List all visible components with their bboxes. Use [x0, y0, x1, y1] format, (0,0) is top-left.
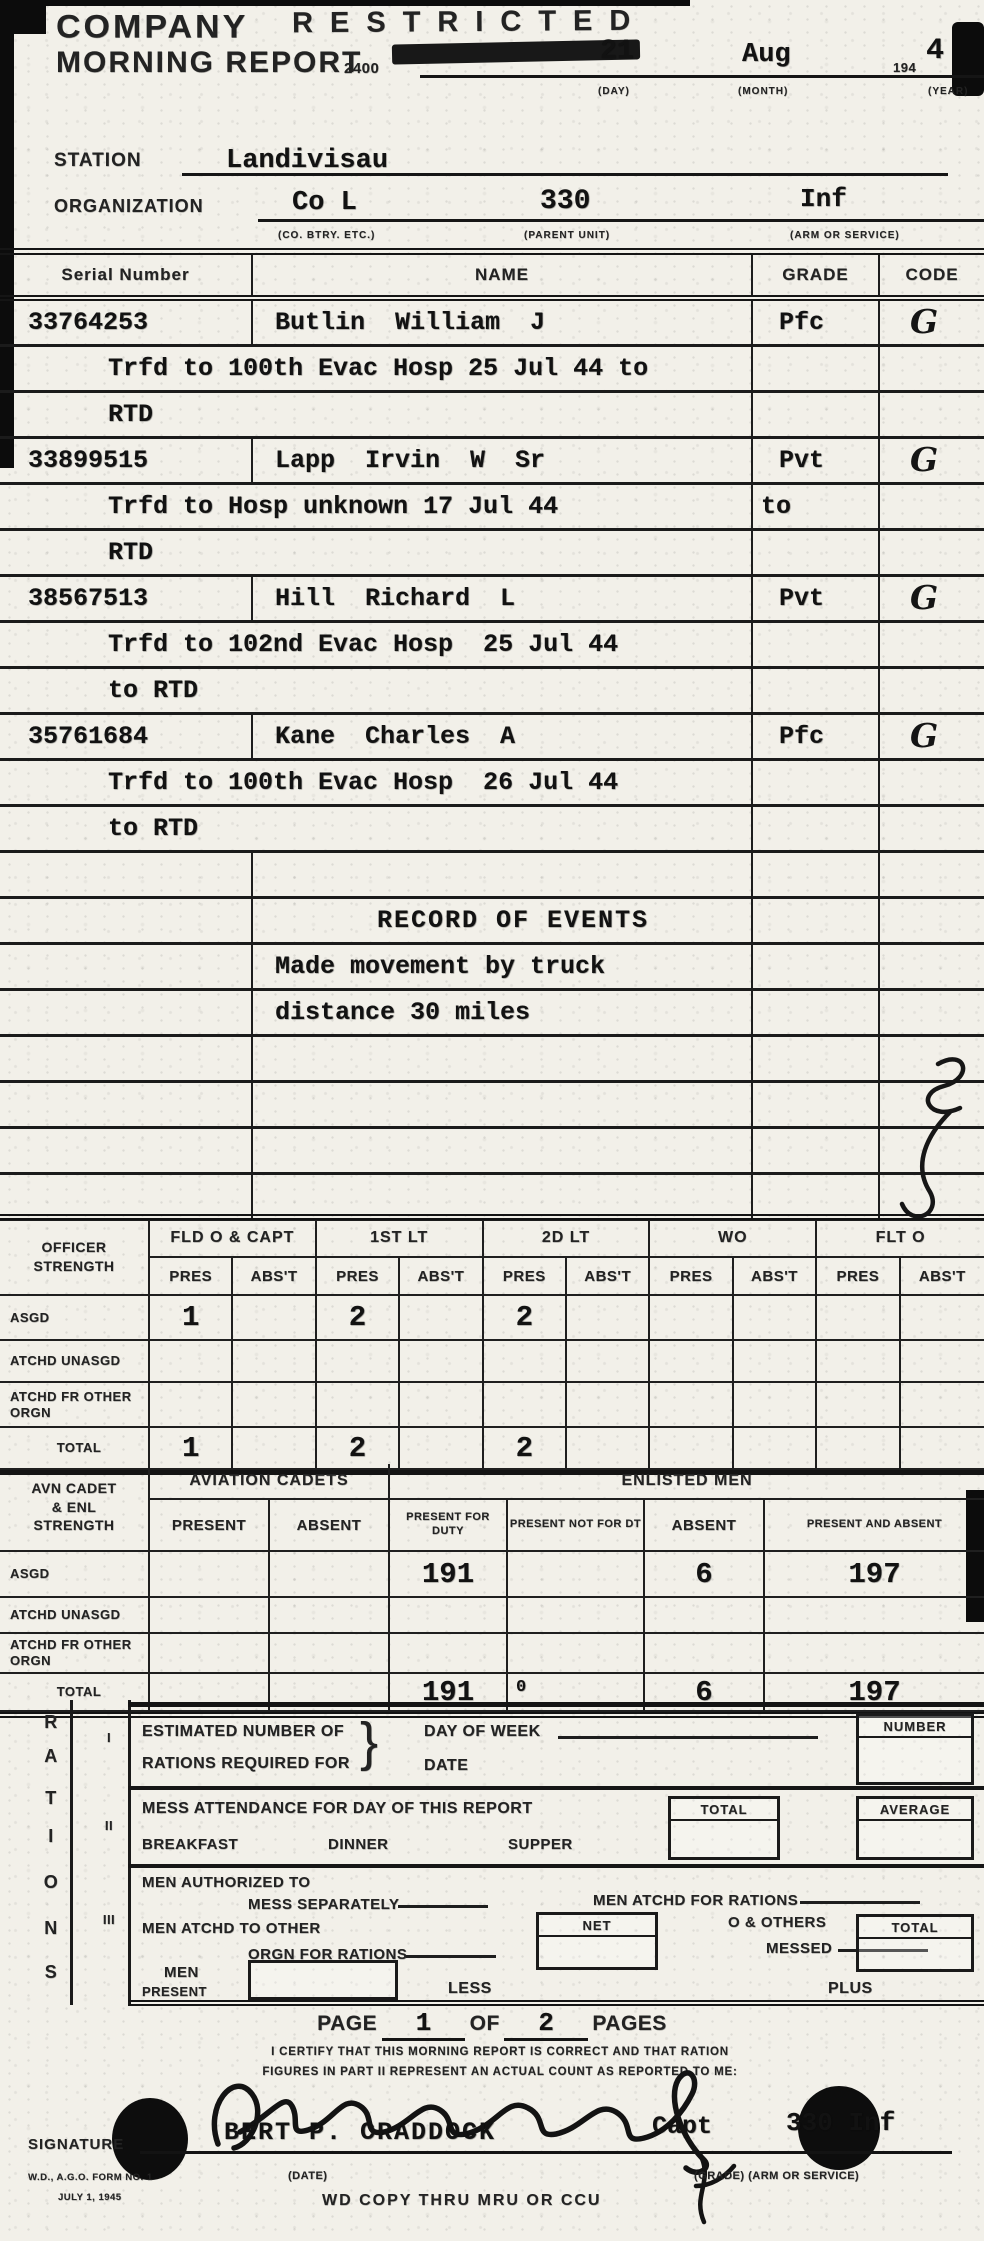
form-date: JULY 1, 1945: [58, 2192, 122, 2203]
group-flt-o: FLT O: [817, 1220, 984, 1258]
rations-letter: O: [38, 1872, 64, 1893]
officer-value: 2: [484, 1296, 567, 1341]
row-label-atchd-fr-other: ATCHD FR OTHER ORGN: [0, 1383, 150, 1428]
grade-cell: Pfc: [753, 301, 880, 344]
pres-header: PRES: [150, 1258, 233, 1296]
table-row: to RTD: [0, 669, 984, 715]
serial-number-header: Serial Number: [0, 255, 253, 295]
officer-value: [734, 1296, 817, 1341]
code-cell: [880, 393, 984, 436]
plus-label: PLUS: [828, 1980, 873, 1998]
enl-value: [270, 1552, 390, 1598]
table-row: 33764253 Butlin William J Pfc G: [0, 301, 984, 347]
code-cell: [880, 623, 984, 666]
rations-section-3: MEN AUTHORIZED TO MESS SEPARATELY MEN AT…: [128, 1868, 984, 2006]
officer-value: 2: [317, 1296, 400, 1341]
table-row: 38567513 Hill Richard L Pvt G: [0, 577, 984, 623]
breakfast-label: BREAKFAST: [142, 1836, 238, 1853]
day-of-week-label: DAY OF WEEK: [424, 1723, 541, 1741]
form-title-morning-report: MORNING REPORT: [56, 46, 362, 80]
col-present: PRESENT: [150, 1500, 270, 1552]
enl-value: [508, 1552, 645, 1598]
organization-company: Co L: [292, 188, 357, 218]
name-cell: Butlin William J: [253, 301, 753, 344]
enl-value: [150, 1598, 270, 1634]
pres-header: PRES: [484, 1258, 567, 1296]
abst-header: ABS'T: [567, 1258, 650, 1296]
code-cell: [880, 991, 984, 1034]
men-atchd-other-label: MEN ATCHD TO OTHER: [142, 1920, 321, 1937]
serial-cell: [0, 1083, 253, 1126]
men-atchd-blank: [800, 1886, 920, 1904]
code-cell: [880, 945, 984, 988]
col-present-not-for-dt: PRESENT NOT FOR DT: [508, 1500, 645, 1552]
table-row: Trfd to 100th Evac Hosp 26 Jul 44: [0, 761, 984, 807]
corner-line2: STRENGTH: [34, 1257, 115, 1276]
serial-cell: 35761684: [0, 715, 253, 758]
row-label-atchd-unasgd: ATCHD UNASGD: [0, 1341, 150, 1383]
code-cell: [880, 899, 984, 942]
enl-value: [508, 1634, 645, 1674]
table-row: distance 30 miles: [0, 991, 984, 1037]
present-label: PRESENT: [142, 1984, 207, 1999]
officer-value: [233, 1296, 316, 1341]
col-absent-enl: ABSENT: [645, 1500, 765, 1552]
mess-total-label: TOTAL: [671, 1799, 777, 1821]
rations-letter: T: [38, 1788, 64, 1809]
officer-value: [817, 1341, 900, 1383]
dinner-label: DINNER: [328, 1836, 389, 1853]
remark-cell: Trfd to Hosp unknown 17 Jul 44: [0, 485, 753, 528]
estimated-number-label: ESTIMATED NUMBER OF: [142, 1723, 344, 1741]
code-header: CODE: [880, 255, 984, 295]
morning-report-document: COMPANY MORNING REPORT RESTRICTED 2400 2…: [0, 0, 984, 2241]
restricted-stamp: RESTRICTED: [292, 5, 648, 40]
remark-cell: to RTD: [0, 669, 753, 712]
enl-value: [765, 1634, 984, 1674]
enl-value: [645, 1634, 765, 1674]
officer-value: [650, 1296, 733, 1341]
enl-value: 6: [645, 1552, 765, 1598]
officer-strength-corner: OFFICER STRENGTH: [0, 1220, 150, 1296]
mess-separately-label: MESS SEPARATELY: [248, 1896, 399, 1913]
brace-glyph: }: [360, 1711, 379, 1773]
corner-line1: OFFICER: [42, 1238, 107, 1257]
table-row: [0, 1083, 984, 1129]
officer-value: [317, 1341, 400, 1383]
table-row: [0, 1129, 984, 1175]
serial-cell: [0, 991, 253, 1034]
row-label-atchd-unasgd: ATCHD UNASGD: [0, 1598, 150, 1634]
name-cell: Hill Richard L: [253, 577, 753, 620]
code-cell: [880, 347, 984, 390]
pres-header: PRES: [317, 1258, 400, 1296]
rations-letter: I: [38, 1826, 64, 1847]
table-row: RECORD OF EVENTS: [0, 899, 984, 945]
officer-value: [901, 1296, 984, 1341]
grade-cell: [753, 853, 880, 896]
month-sublabel: (MONTH): [738, 86, 788, 97]
serial-cell: [0, 1037, 253, 1080]
code-cell: G: [880, 577, 984, 620]
rations-letter: R: [38, 1712, 64, 1733]
grade-cell: Pfc: [753, 715, 880, 758]
officer-value: [901, 1383, 984, 1428]
remark-cell: RTD: [0, 531, 753, 574]
enlisted-strength-table: AVN CADET & ENL STRENGTH AVIATION CADETS…: [0, 1464, 984, 1718]
table-row: Trfd to 102nd Evac Hosp 25 Jul 44: [0, 623, 984, 669]
date-sublabel: (DATE): [288, 2170, 327, 2182]
code-cell: G: [880, 715, 984, 758]
grade-cell: [753, 669, 880, 712]
signer-grade: Capt: [652, 2112, 712, 2141]
men-atchd-for-rations-label: MEN ATCHD FOR RATIONS: [593, 1892, 798, 1909]
serial-cell: [0, 945, 253, 988]
col-present-and-absent: PRESENT AND ABSENT: [765, 1500, 984, 1552]
enl-value: [150, 1552, 270, 1598]
name-cell: [253, 1175, 753, 1218]
remark-cell: to RTD: [0, 807, 753, 850]
corner-line3: STRENGTH: [34, 1516, 115, 1535]
mess-attendance-label: MESS ATTENDANCE FOR DAY OF THIS REPORT: [142, 1800, 533, 1818]
grade-cell: [753, 393, 880, 436]
grade-header: GRADE: [753, 255, 880, 295]
date-month-value: Aug: [742, 40, 791, 70]
page-line: PAGE 1 OF 2 PAGES: [0, 2008, 984, 2038]
grade-cell: [753, 991, 880, 1034]
officer-value: [734, 1383, 817, 1428]
serial-cell: [0, 853, 253, 896]
average-label: AVERAGE: [859, 1799, 971, 1821]
net-box: NET: [536, 1912, 658, 1970]
officer-value: [150, 1341, 233, 1383]
officer-value: [734, 1341, 817, 1383]
organization-parent-unit: 330: [540, 186, 590, 217]
officer-value: [484, 1341, 567, 1383]
corner-line1: AVN CADET: [31, 1479, 116, 1498]
rations-total-box: TOTAL: [856, 1914, 974, 1972]
remark-cell: Trfd to 100th Evac Hosp 25 Jul 44 to: [0, 347, 753, 390]
rations-letter: A: [38, 1746, 64, 1767]
officer-value: [567, 1296, 650, 1341]
officer-value: [567, 1383, 650, 1428]
officer-value: [901, 1341, 984, 1383]
name-cell: [253, 1083, 753, 1126]
day-of-week-blank: [558, 1717, 818, 1739]
form-number: W.D., A.G.O. FORM NO. 1: [28, 2172, 153, 2183]
grade-cell: [753, 761, 880, 804]
officer-value: [233, 1383, 316, 1428]
enl-value: [508, 1598, 645, 1634]
o-and-others-label: O & OTHERS: [728, 1914, 826, 1931]
officer-value: [400, 1341, 483, 1383]
code-cell: [880, 669, 984, 712]
grade-cell: Pvt: [753, 577, 880, 620]
grade-cell: [753, 807, 880, 850]
station-label: STATION: [54, 150, 142, 172]
code-cell: G: [880, 301, 984, 344]
serial-cell: [0, 1129, 253, 1172]
group-enlisted-men: ENLISTED MEN: [390, 1464, 984, 1500]
of-label: OF: [470, 2012, 500, 2035]
officer-value: [233, 1341, 316, 1383]
date-day-value: 21: [600, 36, 634, 67]
mess-total-box: TOTAL: [668, 1796, 780, 1860]
record-of-events-title: RECORD OF EVENTS: [253, 899, 753, 942]
enl-value: [390, 1634, 508, 1674]
rations-rail-line-1: [70, 1700, 73, 2005]
officer-value: [817, 1383, 900, 1428]
code-cell: [880, 761, 984, 804]
organization-arm: Inf: [800, 184, 847, 214]
organization-label: ORGANIZATION: [54, 196, 204, 217]
grade-cell: [753, 1129, 880, 1172]
grade-cell: [753, 531, 880, 574]
grade-cell: Pvt: [753, 439, 880, 482]
form-title-company: COMPANY: [56, 9, 248, 46]
year-prefix: 194: [893, 60, 916, 75]
name-header: NAME: [253, 255, 753, 295]
grade-cell: [753, 945, 880, 988]
rations-section-2: MESS ATTENDANCE FOR DAY OF THIS REPORT B…: [128, 1790, 984, 1868]
organization-underline: [258, 172, 984, 222]
group-wo: WO: [650, 1220, 817, 1258]
group-aviation-cadets: AVIATION CADETS: [150, 1464, 390, 1500]
row-label-asgd: ASGD: [0, 1296, 150, 1341]
enl-value: [390, 1598, 508, 1634]
pages-label: PAGES: [592, 2012, 666, 2035]
enl-value: [645, 1598, 765, 1634]
net-label: NET: [539, 1915, 655, 1937]
officer-value: [817, 1296, 900, 1341]
enl-value: [270, 1634, 390, 1674]
abst-header: ABS'T: [233, 1258, 316, 1296]
year-sublabel: (YEAR): [928, 86, 968, 97]
table-row: Trfd to 100th Evac Hosp 25 Jul 44 to: [0, 347, 984, 393]
rations-letter: N: [38, 1918, 64, 1939]
pres-header: PRES: [650, 1258, 733, 1296]
serial-cell: 38567513: [0, 577, 253, 620]
grade-cell: [753, 1175, 880, 1218]
abst-header: ABS'T: [901, 1258, 984, 1296]
serial-cell: [0, 1175, 253, 1218]
day-sublabel: (DAY): [598, 86, 630, 97]
parent-unit-sublabel: (PARENT UNIT): [524, 230, 610, 241]
table-row: Trfd to Hosp unknown 17 Jul 44 to: [0, 485, 984, 531]
remark-cell: Trfd to 102nd Evac Hosp 25 Jul 44: [0, 623, 753, 666]
officer-value: [317, 1383, 400, 1428]
group-fldo-capt: FLD O & CAPT: [150, 1220, 317, 1258]
name-cell: Lapp Irvin W Sr: [253, 439, 753, 482]
abst-header: ABS'T: [734, 1258, 817, 1296]
row-label-asgd: ASGD: [0, 1552, 150, 1598]
rations-section-1: ESTIMATED NUMBER OF RATIONS REQUIRED FOR…: [128, 1702, 984, 1790]
officer-value: [650, 1383, 733, 1428]
code-cell: G: [880, 439, 984, 482]
officer-value: [400, 1383, 483, 1428]
table-row: RTD: [0, 531, 984, 577]
rations-total-label: TOTAL: [859, 1917, 971, 1939]
page-label: PAGE: [317, 2012, 377, 2035]
number-box: NUMBER: [856, 1713, 974, 1785]
event-cell: distance 30 miles: [253, 991, 753, 1034]
table-row: 35761684 Kane Charles A Pfc G: [0, 715, 984, 761]
supper-label: SUPPER: [508, 1836, 573, 1853]
corner-line2: & ENL: [52, 1498, 97, 1517]
grade-cell: [753, 623, 880, 666]
grade-arm-sublabel: (GRADE) (ARM OR SERVICE): [694, 2170, 859, 2182]
ending-time: 2400: [344, 60, 379, 77]
table-row: [0, 1037, 984, 1083]
table-row: RTD: [0, 393, 984, 439]
serial-cell: 33899515: [0, 439, 253, 482]
table-row: Made movement by truck: [0, 945, 984, 991]
pres-header: PRES: [817, 1258, 900, 1296]
signed-name: BERT P. CRADDOCK: [224, 2118, 496, 2147]
messed-label: MESSED: [766, 1940, 832, 1957]
name-cell: Kane Charles A: [253, 715, 753, 758]
group-1st-lt: 1ST LT: [317, 1220, 484, 1258]
men-authorized-label: MEN AUTHORIZED TO: [142, 1874, 311, 1891]
less-label: LESS: [448, 1980, 492, 1998]
table-row: to RTD: [0, 807, 984, 853]
orgn-blank: [406, 1940, 496, 1958]
rations-required-label: RATIONS REQUIRED FOR: [142, 1755, 350, 1773]
code-cell: [880, 531, 984, 574]
officer-value: [650, 1341, 733, 1383]
enl-value: 191: [390, 1552, 508, 1598]
enl-value: 197: [765, 1552, 984, 1598]
code-cell: [880, 807, 984, 850]
row-label-atchd-fr-other: ATCHD FR OTHER ORGN: [0, 1634, 150, 1674]
name-cell: [253, 1129, 753, 1172]
grade-cell: [753, 347, 880, 390]
rations-numeral-2: II: [96, 1818, 122, 1833]
enl-value: [150, 1634, 270, 1674]
arm-sublabel: (ARM OR SERVICE): [790, 230, 900, 241]
roster-header-row: Serial Number NAME GRADE CODE: [0, 255, 984, 301]
grade-cell: [753, 899, 880, 942]
officer-value: [150, 1383, 233, 1428]
table-row: 33899515 Lapp Irvin W Sr Pvt G: [0, 439, 984, 485]
remark-cell: RTD: [0, 393, 753, 436]
date-year-value: 4: [926, 34, 944, 68]
code-cell: [880, 853, 984, 896]
grade-cell: [753, 1083, 880, 1126]
table-row: [0, 853, 984, 899]
officer-strength-table: OFFICER STRENGTH FLD O & CAPT 1ST LT 2D …: [0, 1214, 984, 1475]
grade-cell: to: [753, 485, 880, 528]
name-cell: [253, 1037, 753, 1080]
code-cell: [880, 485, 984, 528]
enl-value: [765, 1598, 984, 1634]
signature-label: SIGNATURE: [28, 2136, 124, 2153]
event-cell: Made movement by truck: [253, 945, 753, 988]
officer-value: [400, 1296, 483, 1341]
col-absent: ABSENT: [270, 1500, 390, 1552]
rations-numeral-3: III: [96, 1912, 122, 1927]
remark-cell: Trfd to 100th Evac Hosp 26 Jul 44: [0, 761, 753, 804]
col-present-for-duty: PRESENT FOR DUTY: [390, 1500, 508, 1552]
roster-table: Serial Number NAME GRADE CODE 33764253 B…: [0, 248, 984, 1221]
company-sublabel: (CO. BTRY. ETC.): [278, 230, 375, 241]
copy-note: WD COPY THRU MRU OR CCU: [322, 2192, 601, 2210]
rations-letter: S: [38, 1962, 64, 1983]
abst-header: ABS'T: [400, 1258, 483, 1296]
mess-separately-blank: [398, 1890, 488, 1908]
signer-unit: 330 Inf: [786, 2108, 895, 2138]
date-label: DATE: [424, 1757, 468, 1775]
pen-doodle: [872, 1042, 984, 1232]
enl-strength-corner: AVN CADET & ENL STRENGTH: [0, 1464, 150, 1552]
name-cell: [253, 853, 753, 896]
group-2d-lt: 2D LT: [484, 1220, 651, 1258]
serial-cell: [0, 899, 253, 942]
number-box-label: NUMBER: [859, 1716, 971, 1738]
officer-value: [567, 1341, 650, 1383]
men-present-box: [248, 1960, 398, 2000]
officer-value: [484, 1383, 567, 1428]
serial-cell: 33764253: [0, 301, 253, 344]
officer-value: 1: [150, 1296, 233, 1341]
rations-numeral-1: I: [96, 1730, 122, 1745]
average-box: AVERAGE: [856, 1796, 974, 1860]
grade-cell: [753, 1037, 880, 1080]
enl-value: [270, 1598, 390, 1634]
men-label: MEN: [164, 1964, 199, 1981]
